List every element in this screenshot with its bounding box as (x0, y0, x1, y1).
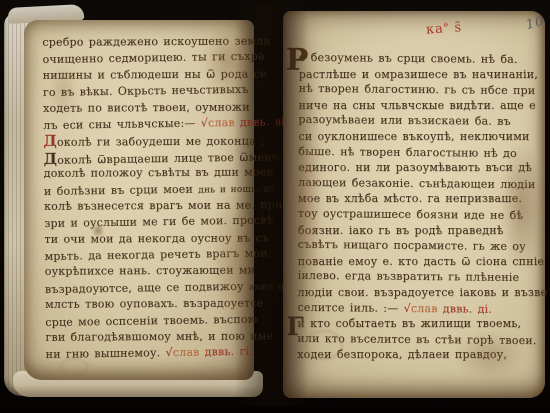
ink-text: сребро раждежено искоушено земли. (42, 34, 274, 48)
manuscript-line: быше. нѣ творен благостыню нѣ до (298, 143, 548, 161)
initial-letter: Д (43, 132, 57, 150)
ink-text: разоумѣваеи или възискаеи ба. въ (298, 113, 510, 128)
manuscript-line: іилево. егда възвратить гь плѣненіе (298, 268, 548, 286)
ink-text: единого. ни ли разоумѣвають въси дѣ (298, 161, 532, 174)
ink-text: си оуклонишесе въкоупѣ, неключими (298, 130, 529, 143)
manuscript-line: тоу оустрашишесе боязни иде не бѣ (298, 206, 548, 224)
ink-text: околѣ ги забоудеши ме доконца , (57, 135, 265, 149)
ink-text: зри и оуслыши ме ги бе мои. просвѣ (44, 214, 274, 231)
left-page-text: сребро раждежено искоушено земли.очищенн… (42, 33, 291, 363)
manuscript-line: разоумѣваеи или възискаеи ба. въ (298, 112, 548, 130)
manuscript-line: или кто въселитсе въ стѣи горѣ твоеи. (297, 330, 547, 348)
manuscript-line: людіи свои. възрадоуетсе іаковь и възве (298, 285, 548, 301)
rubric-text: дввь. гі. (199, 345, 253, 359)
ink-text: ни гню вышнемоу. (46, 346, 166, 361)
folio-number: 10 (524, 14, 546, 33)
manuscript-line: ходеи безпорока, дѣлаеи правдоу, (297, 347, 547, 363)
manuscript-line: пованіе емоу е. кто дасть ѿ сіона спніе (298, 254, 548, 270)
cover-speck (332, 402, 336, 406)
manuscript-line: доколѣ положоу съвѣты въ дши моеи (44, 164, 289, 182)
ink-text: ходеть по висотѣ твоеи, оумножи (43, 100, 250, 114)
ink-text: очищенно седморицею. ты ги съхра (42, 50, 264, 66)
ink-text: селитсе іиль. :— (297, 300, 403, 314)
manuscript-line: растлѣше и омразишесе въ начинаніи, (299, 67, 549, 83)
rubric-text: дввь. ді. (438, 302, 493, 316)
ink-text: растлѣше и омразишесе въ начинаніи, (299, 68, 538, 81)
ink-text: колѣ възнесется врагъ мои на ме. при (44, 198, 282, 212)
ink-text: людіи свои. възрадоуетсе іаковь и възве (298, 286, 548, 299)
ink-text: лъ еси сны чльвчскые:— (43, 116, 201, 131)
manuscript-line: го въ вѣкы. Окрьсть нечьстивыхъ (43, 81, 289, 101)
ink-text: гви благодѣявшомоу мнѣ, и пою име (45, 329, 273, 343)
ink-text: го въ вѣкы. Окрьсть нечьстивыхъ (43, 83, 249, 99)
manuscript-line: ни гню вышнемоу. √слав дввь. гі. (46, 343, 292, 363)
manuscript-line: Ре безоумень въ срци своемь. нѣ ба. (299, 50, 549, 68)
ink-text: и кто событаеть въ жилищи твоемь, (297, 317, 521, 330)
manuscript-line: си оуклонишесе въкоупѣ, неключими (298, 129, 548, 145)
ink-text: или кто въселитсе въ стѣи горѣ твоеи. (297, 331, 536, 346)
ink-text: іилево. егда възвратить гь плѣненіе (298, 269, 520, 284)
ink-text: млсть твою оуповахъ. възрадоуетсе (45, 297, 263, 311)
manuscript-photo: сребро раждежено искоушено земли.очищенн… (0, 0, 550, 413)
right-page: каѳ ѕ̃ 10 Ре безоумень въ срци своемь. н… (283, 11, 545, 398)
manuscript-line: нѣ творен благостиню. гь съ нбсе при (299, 81, 549, 99)
manuscript-line: единого. ни ли разоумѣвають въси дѣ (298, 160, 548, 176)
ink-text: ходеи безпорока, дѣлаеи правдоу, (297, 348, 507, 361)
ink-text: быше. нѣ творен благостыню нѣ до (298, 144, 517, 159)
ink-text: тоу оустрашишесе боязни иде не бѣ (298, 207, 523, 222)
rubric-text: слав (173, 346, 200, 359)
ink-text: срце мое оспсеніи твоемь. въспою (45, 312, 257, 328)
ink-text: ти очи мои да некогда оусноу въ съ (44, 231, 269, 245)
manuscript-line: селитсе іиль. :— √слав дввь. ді. (297, 299, 547, 317)
manuscript-line: боязни. іако гь въ родѣ праведнѣ (298, 223, 548, 239)
left-page: сребро раждежено искоушено земли.очищенн… (24, 20, 254, 380)
rubric-text: слав (411, 301, 438, 314)
ink-text: лающеи безаконіе. сънѣдающеи людіи (298, 176, 535, 191)
cover-speck (434, 404, 441, 409)
ink-text: съвѣтъ нищаго посрамисте. гь же оу (298, 238, 526, 253)
ink-text: мрьть. да некогда речеть врагъ мои. (45, 246, 272, 263)
ink-text: нѣ творен благостиню. гь съ нбсе при (299, 82, 536, 97)
ink-text: е безоумень въ срци своемь. нѣ ба. (299, 51, 518, 66)
manuscript-line: Ги кто событаеть въ жилищи твоемь, (297, 316, 547, 332)
right-page-text: Ре безоумень въ срци своемь. нѣ ба.растл… (297, 50, 548, 363)
ink-text: и болѣзни въ срци моеи (44, 182, 198, 197)
cover-speck (472, 406, 477, 410)
rubric-text: дввь. ві. (235, 115, 289, 129)
ink-text: доколѣ положоу съвѣты въ дши моеи (44, 165, 274, 179)
manuscript-line: съвѣтъ нищаго посрамисте. гь же оу (298, 237, 548, 255)
ink-text: пованіе емоу е. кто дасть ѿ сіона спніе (298, 255, 544, 268)
manuscript-line: мое въ хлѣба мѣсто. га непризваше. (298, 191, 548, 207)
ink-text: боязни. іако гь въ родѣ праведнѣ (298, 224, 504, 237)
manuscript-line: лающеи безаконіе. сънѣдающеи людіи (298, 175, 548, 193)
ink-text: възрадоуютсе, аще се подвижоу (45, 280, 249, 296)
kathisma-heading: каѳ ѕ̃ (425, 19, 462, 38)
ink-text: мое въ хлѣба мѣсто. га непризваше. (298, 192, 522, 205)
ink-text: днь и нощь, до (198, 184, 275, 195)
ink-text: оукрѣпихсе нань. стоужающеи ми (45, 264, 256, 278)
rubric-text: слав (208, 116, 235, 129)
ink-text: ниче на сны чльвчскые видѣти. аще е (299, 99, 536, 112)
ink-text: нишины и съблюдеши ны ѿ рода се (43, 67, 267, 81)
manuscript-line: ниче на сны чльвчскые видѣти. аще е (299, 98, 549, 114)
